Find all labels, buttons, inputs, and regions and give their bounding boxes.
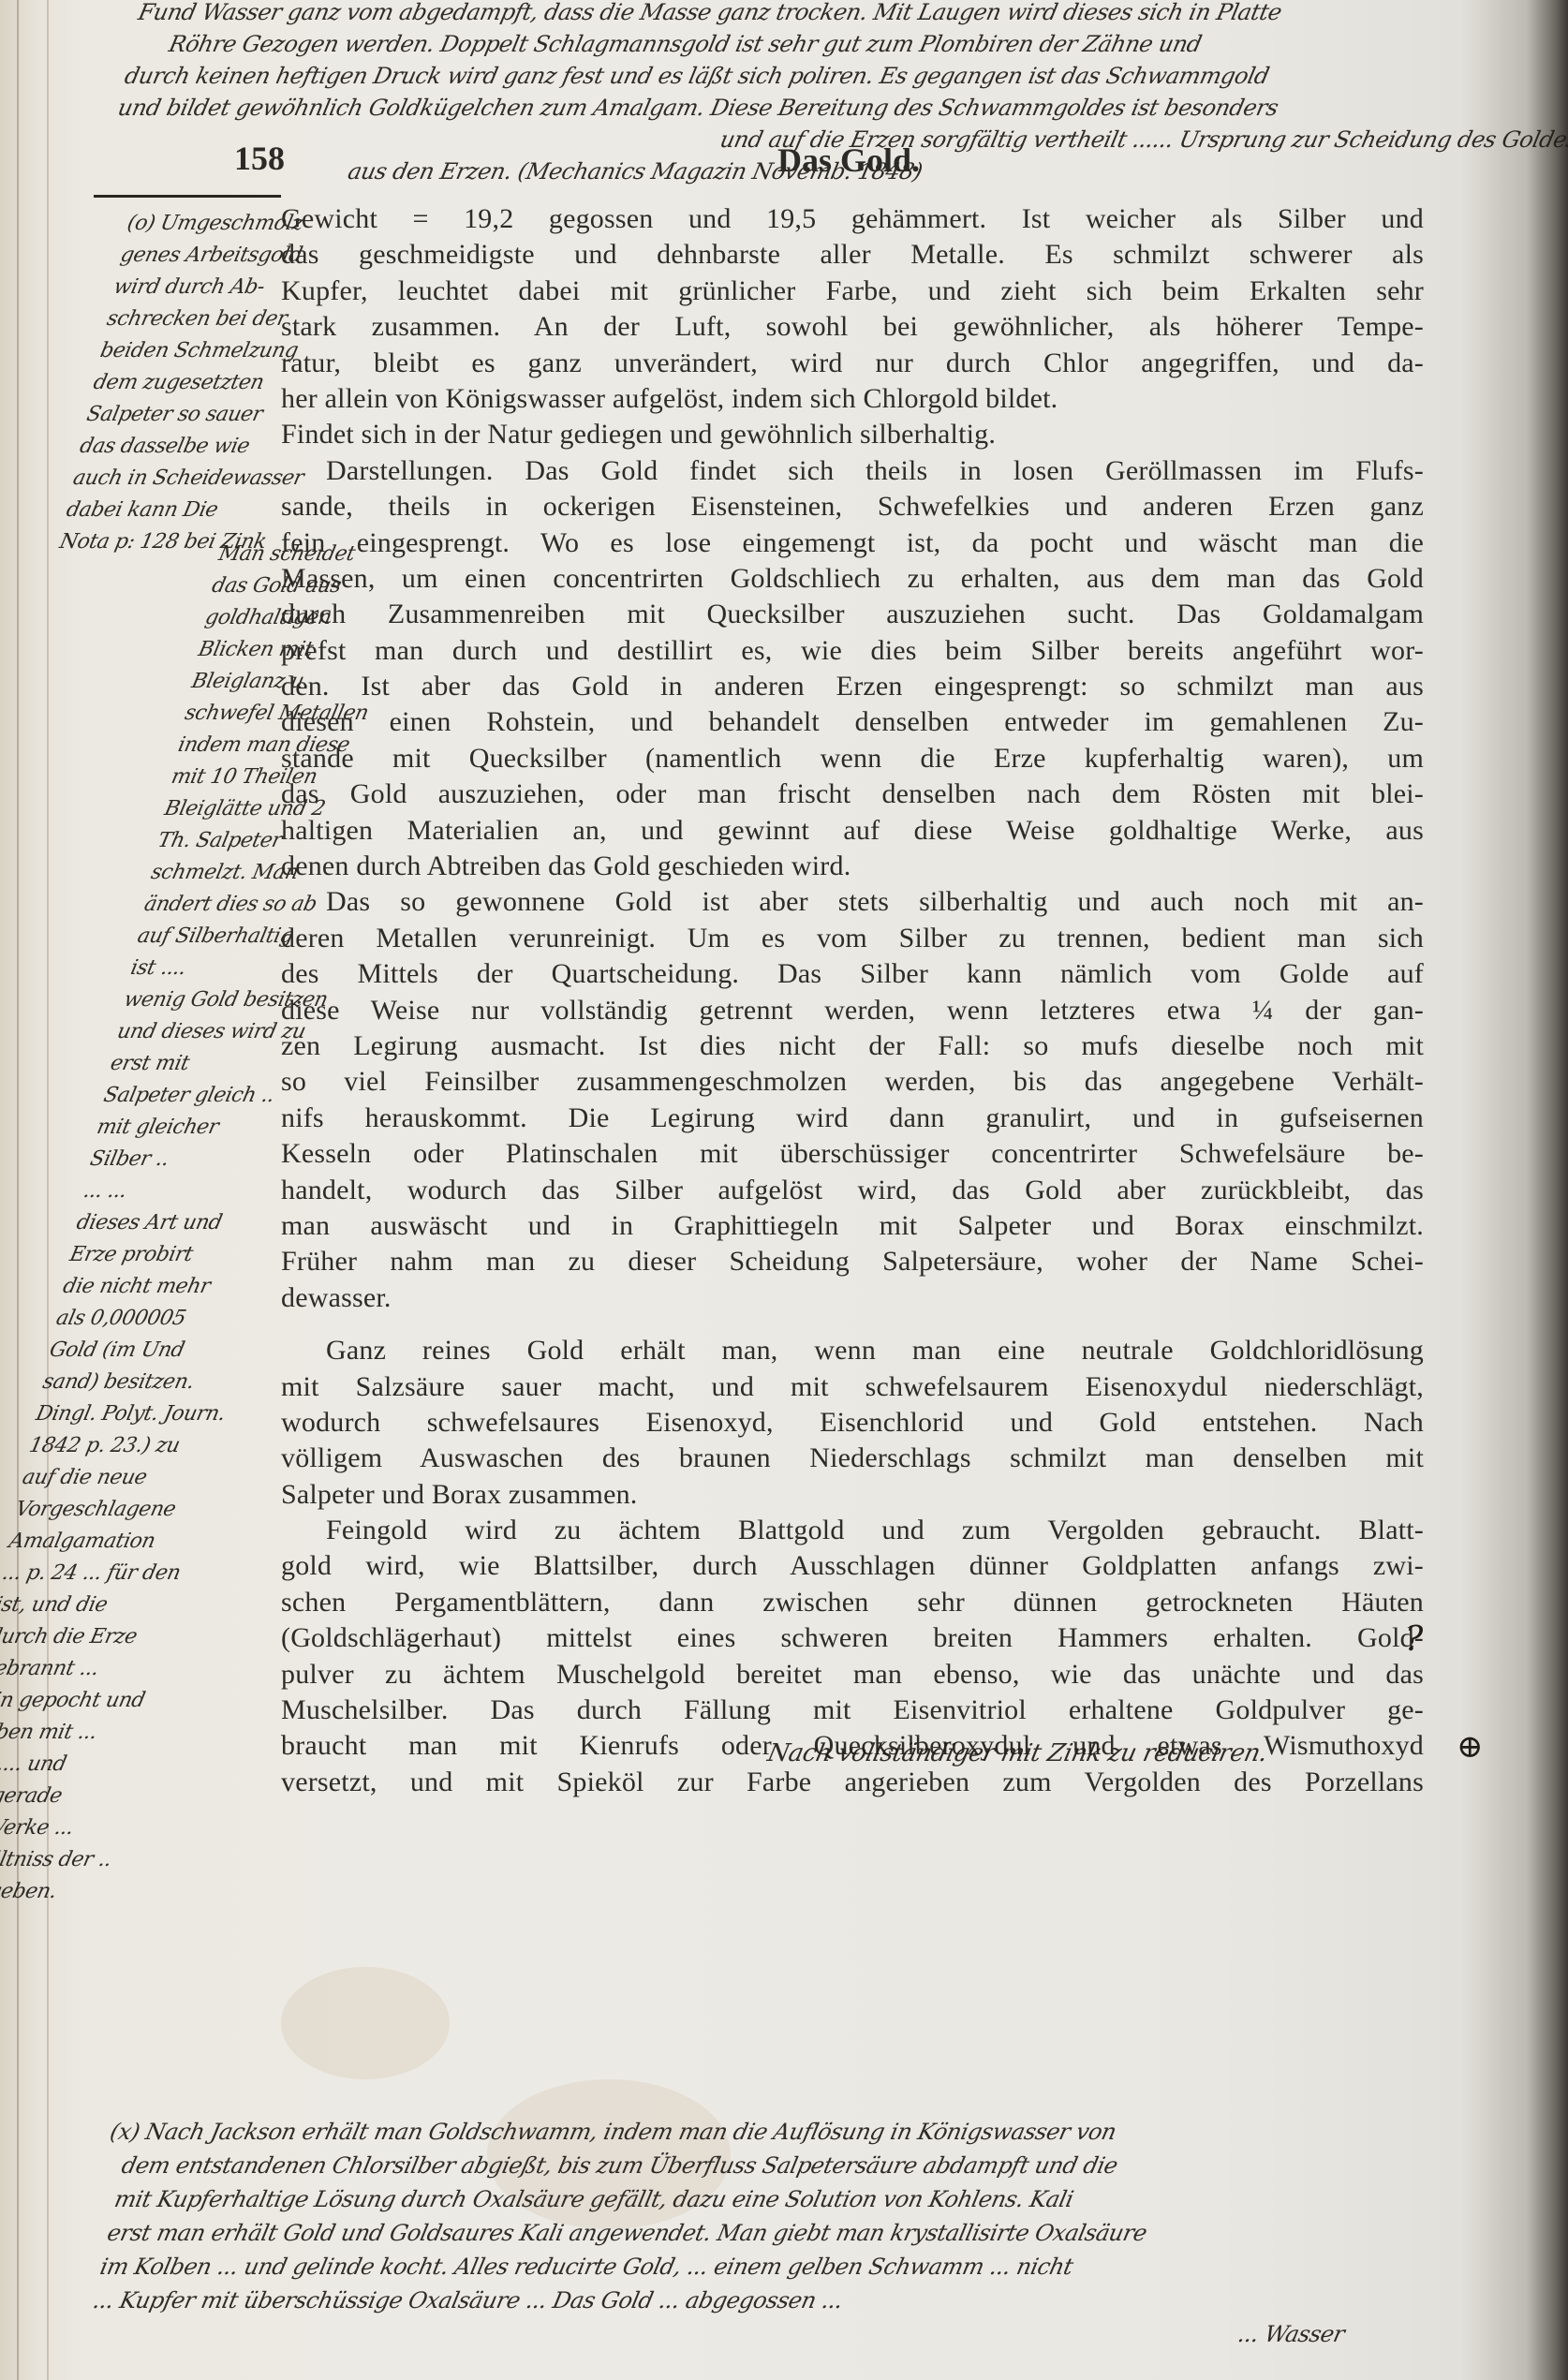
text-line: Massen, um einen concentrirten Goldschli… [281, 561, 1424, 597]
page-number: 158 [234, 139, 285, 178]
handwritten-line: ... Kupfer mit überschüssige Oxalsäure .… [71, 2284, 1465, 2317]
text-line: fein eingesprengt. Wo es lose eingemengt… [281, 525, 1424, 561]
handwritten-line: ..... Werke ... [0, 1812, 167, 1844]
text-line: Muschelsilber. Das durch Fällung mit Eis… [281, 1693, 1424, 1728]
text-line: Feingold wird zu ächtem Blattgold und zu… [281, 1513, 1424, 1548]
text-line: (Goldschlägerhaut) mittelst eines schwer… [281, 1620, 1424, 1656]
text-line: Kesseln oder Platinschalen mit überschüs… [281, 1136, 1424, 1172]
handwritten-line: ist, und die [0, 1589, 214, 1621]
handwritten-line: auch in Scheidewasser [70, 463, 283, 495]
text-line: versetzt, und mit Spieköl zur Farbe ange… [281, 1765, 1424, 1800]
handwritten-line: beiden Schmelzung [97, 335, 310, 367]
handwritten-line: durch die Erze [0, 1621, 208, 1653]
text-line: stark zusammen. An der Luft, sowohl bei … [281, 309, 1424, 345]
text-line: prefst man durch und destillirt es, wie … [281, 633, 1424, 669]
text-line: nifs herauskommt. Die Legirung wird dann… [281, 1101, 1424, 1136]
text-line: diese Weise nur vollständig getrennt wer… [281, 993, 1424, 1028]
text-line: Darstellungen. Das Gold findet sich thei… [281, 453, 1424, 489]
handwritten-line: dabei kann Die [63, 495, 275, 526]
text-line: durch Zusammenreiben mit Quecksilber aus… [281, 597, 1424, 632]
handwritten-line: ... zu geben. [0, 1876, 154, 1908]
text-line: sande, theils in ockerigen Eisensteinen,… [281, 489, 1424, 525]
handwritten-line: mit Kupferhaltige Lösung durch Oxalsäure… [93, 2182, 1487, 2216]
footnote-symbol-icon: ⊕ [1457, 1728, 1484, 1766]
text-line: Kupfer, leuchtet dabei mit grünlicher Fa… [281, 273, 1424, 309]
text-line: handelt, wodurch das Silber aufgelöst wi… [281, 1173, 1424, 1208]
handwritten-line: Verhältniss der .. [0, 1844, 160, 1876]
handwritten-line: gebrannt ... [0, 1653, 200, 1685]
text-line: Früher nahm man zu dieser Scheidung Salp… [281, 1244, 1424, 1279]
handwritten-bottom-footnote: (x) Nach Jackson erhält man Goldschwamm,… [64, 2115, 1501, 2351]
text-line: den. Ist aber das Gold in anderen Erzen … [281, 669, 1424, 704]
text-line: pulver zu ächtem Muschelgold bereitet ma… [281, 1657, 1424, 1693]
handwritten-line: Amalgamation [6, 1526, 228, 1558]
handwritten-line: Silber .. [87, 1144, 309, 1175]
handwritten-line: dem entstandenen Chlorsilber abgießt, bi… [99, 2149, 1493, 2182]
handwritten-line: zu ..... und [0, 1749, 181, 1781]
handwritten-line: Vorgeschlagene [12, 1494, 234, 1526]
scanned-book-page: Fund Wasser ganz vom abgedampft, dass di… [0, 0, 1568, 2380]
text-line: das Gold auszuziehen, oder man frischt d… [281, 776, 1424, 812]
handwritten-line: Dingl. Polyt. Journ. [33, 1398, 255, 1430]
handwritten-line: durch keinen heftigen Druck wird ganz fe… [122, 60, 1496, 92]
handwritten-line: sand) besitzen. [39, 1367, 261, 1398]
text-line: Findet sich in der Natur gediegen und ge… [281, 417, 1424, 452]
handwritten-line: ... p. 24 ... für den [0, 1558, 221, 1589]
question-mark-annotation: ? [1405, 1620, 1423, 1659]
handwritten-line: dem zugesetzten [90, 367, 303, 399]
text-line: Salpeter und Borax zusammen. [281, 1477, 1424, 1513]
text-line: mit Salzsäure sauer macht, und mit schwe… [281, 1369, 1424, 1405]
text-line: man auswäscht und in Graphittiegeln mit … [281, 1208, 1424, 1244]
text-line: diesen einen Rohstein, und behandelt den… [281, 704, 1424, 740]
text-line: her allein von Königswasser aufgelöst, i… [281, 381, 1424, 417]
handwritten-line: reiben mit ... [0, 1717, 187, 1749]
text-line: deren Metallen verunreinigt. Um es vom S… [281, 921, 1424, 956]
text-line: wodurch schwefelsaures Eisenoxyd, Eisenc… [281, 1405, 1424, 1441]
text-line: das geschmeidigste und dehnbarste aller … [281, 237, 1424, 273]
text-line: dewasser. [281, 1280, 1424, 1316]
text-line: gold wird, wie Blattsilber, durch Aussch… [281, 1548, 1424, 1584]
text-line: stande mit Quecksilber (namentlich wenn … [281, 741, 1424, 776]
text-line: haltigen Materialien an, und gewinnt auf… [281, 813, 1424, 849]
text-line: völligem Auswaschen des braunen Niedersc… [281, 1441, 1424, 1476]
text-line: Das so gewonnene Gold ist aber stets sil… [281, 884, 1424, 920]
handwritten-line: Salpeter so sauer [83, 399, 296, 431]
handwritten-line: (x) Nach Jackson erhält man Goldschwamm,… [107, 2115, 1501, 2149]
handwritten-rule [94, 195, 281, 198]
text-line: so viel Feinsilber zusammengeschmolzen w… [281, 1064, 1424, 1100]
handwritten-line: Erze probirt [67, 1239, 288, 1271]
handwritten-line: erst man erhält Gold und Goldsaures Kali… [85, 2216, 1479, 2250]
handwritten-line: im Kolben ... und gelinde kocht. Alles r… [79, 2250, 1472, 2284]
handwritten-line: fein gepocht und [0, 1685, 194, 1717]
handwritten-line: ... Wasser [64, 2317, 1457, 2351]
text-line: denen durch Abtreiben das Gold geschiede… [281, 849, 1424, 884]
handwritten-line: 1842 p. 23.) zu [26, 1430, 248, 1462]
handwritten-line: Fund Wasser ganz vom abgedampft, dass di… [135, 0, 1509, 28]
inline-handwritten-note: Nach vollständiger mit Zink zu reduciren… [764, 1737, 1270, 1769]
handwritten-line: das dasselbe wie [77, 431, 289, 463]
handwritten-line: Gold (im Und [46, 1335, 268, 1367]
handwritten-line: die nicht mehr [60, 1271, 282, 1303]
handwritten-line: dieses Art und [73, 1207, 295, 1239]
text-line: schen Pergamentblättern, dann zwischen s… [281, 1585, 1424, 1620]
text-line: des Mittels der Quartscheidung. Das Silb… [281, 956, 1424, 992]
handwritten-line: und bildet gewöhnlich Goldkügelchen zum … [115, 92, 1489, 124]
handwritten-line: auf die neue [20, 1462, 242, 1494]
handwritten-line: ... ... [81, 1175, 303, 1207]
text-line: ratur, bleibt es ganz unverändert, wird … [281, 346, 1424, 381]
printed-body-text: Gewicht = 19,2 gegossen und 19,5 gehämme… [281, 201, 1424, 1837]
text-line [281, 1800, 1424, 1836]
text-line: zen Legirung ausmacht. Ist dies nicht de… [281, 1028, 1424, 1064]
handwritten-line: ..... gerade [0, 1781, 174, 1812]
text-line: Gewicht = 19,2 gegossen und 19,5 gehämme… [281, 201, 1424, 237]
page-header: 158 Das Gold. [234, 139, 1433, 185]
paper-stain [281, 1967, 450, 2079]
paragraph-gap [281, 1316, 1424, 1333]
handwritten-line: Röhre Gezogen werden. Doppelt Schlagmann… [128, 28, 1502, 60]
running-title: Das Gold. [777, 140, 920, 180]
handwritten-line: als 0,000005 [53, 1303, 275, 1335]
text-line: Ganz reines Gold erhält man, wenn man ei… [281, 1333, 1424, 1368]
page-edge [17, 0, 49, 2380]
